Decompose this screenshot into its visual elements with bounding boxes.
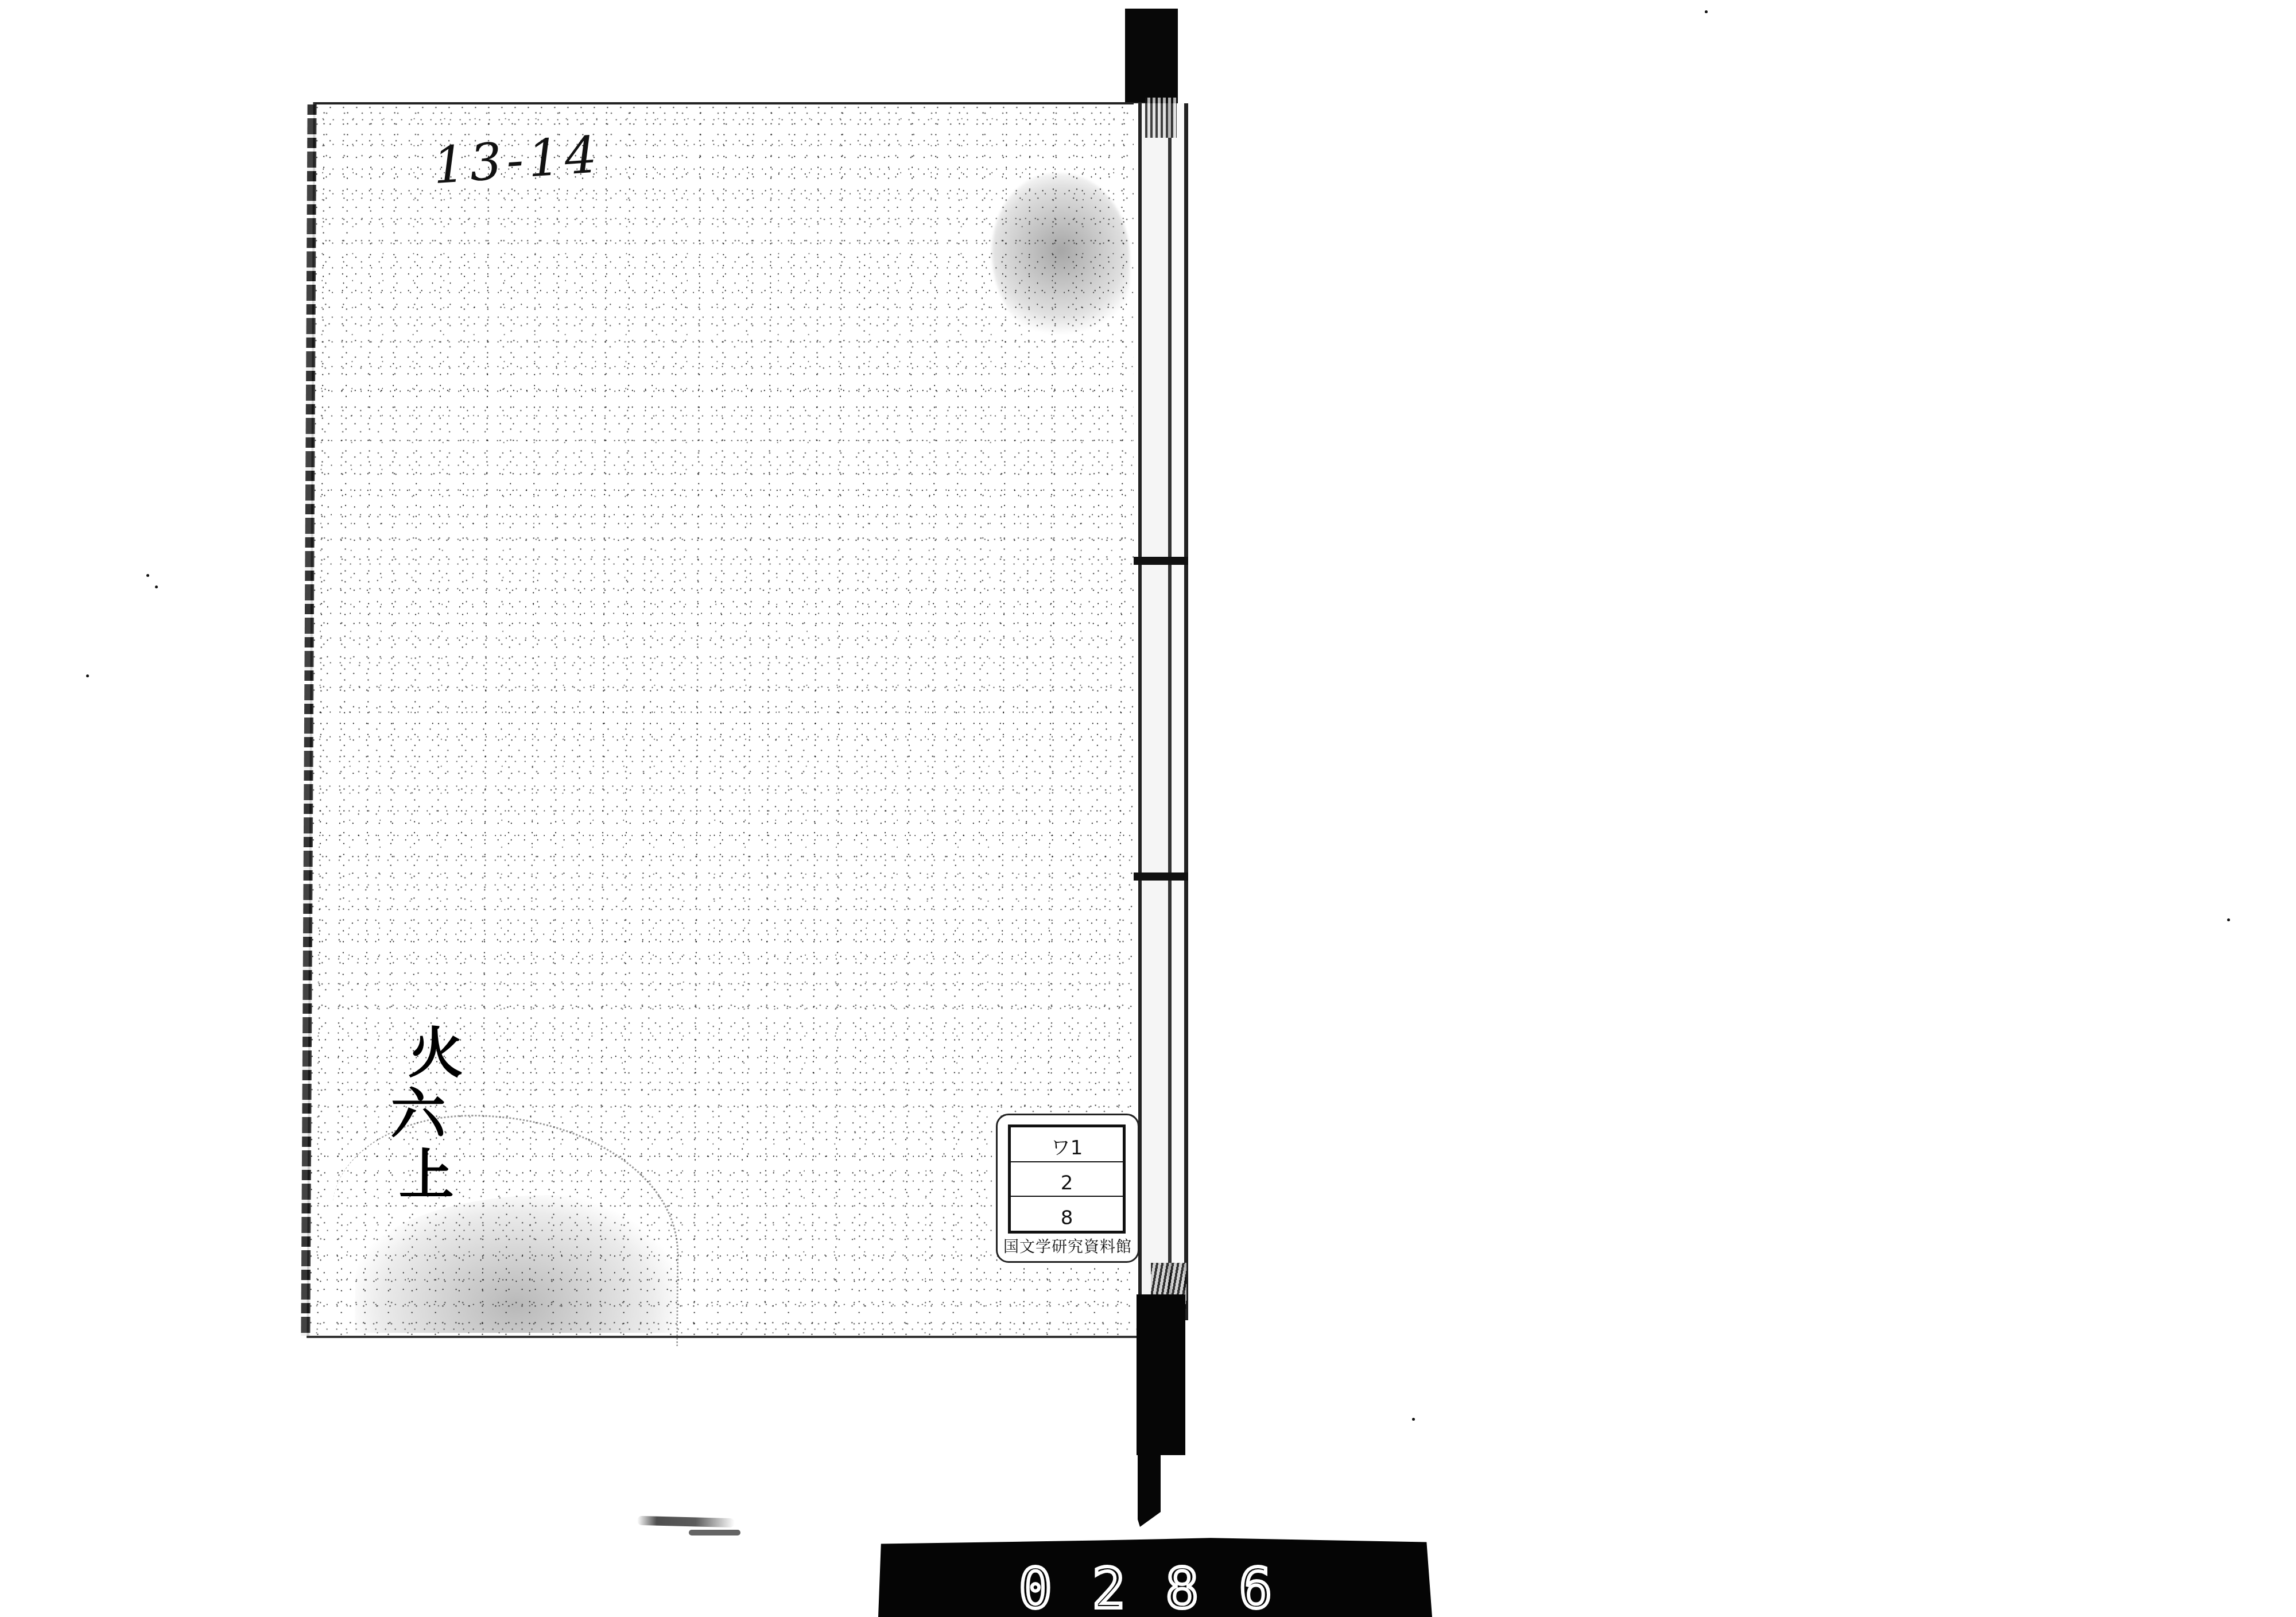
handwritten-shelf-number: 13-14 xyxy=(431,125,603,195)
paper-tear-line xyxy=(332,1115,679,1346)
scan-speck xyxy=(146,574,149,577)
frame-digit: 6 xyxy=(1239,1561,1272,1616)
scan-speck xyxy=(155,585,158,588)
scan-speck xyxy=(1705,10,1708,13)
library-call-number-label: ワ1 2 8 国文学研究資料館 xyxy=(996,1114,1139,1263)
handwritten-title: 火 六 上 xyxy=(385,1023,464,1205)
spine-top-corner xyxy=(1145,98,1177,138)
spine-bottom-shadow xyxy=(1137,1294,1185,1455)
spine-tail-shadow xyxy=(1138,1452,1161,1527)
frame-digit: 2 xyxy=(1092,1561,1126,1616)
call-number-row-3: 8 xyxy=(1011,1197,1123,1231)
call-number-grid: ワ1 2 8 xyxy=(1008,1124,1126,1234)
frame-number: 0 2 8 6 xyxy=(1019,1561,1272,1616)
frame-digit: 0 xyxy=(1019,1561,1052,1616)
spine-top-shadow xyxy=(1125,9,1178,112)
binding-stitch xyxy=(1134,557,1188,565)
scan-speck xyxy=(2227,918,2230,921)
scan-speck xyxy=(86,674,89,677)
title-char-2: 六 xyxy=(390,1084,446,1145)
institution-name: 国文学研究資料館 xyxy=(1002,1234,1133,1257)
scan-speck xyxy=(1412,1418,1415,1421)
call-number-row-1: ワ1 xyxy=(1011,1127,1123,1162)
title-char-3: 上 xyxy=(399,1145,455,1205)
frame-digit: 8 xyxy=(1166,1561,1199,1616)
cover-left-edge xyxy=(301,104,316,1336)
microfilm-frame-counter: 0 2 8 6 xyxy=(878,1534,1432,1617)
title-char-1: 火 xyxy=(408,1023,464,1084)
call-number-row-2: 2 xyxy=(1011,1162,1123,1197)
stain-top-right xyxy=(991,173,1130,346)
binding-stitch xyxy=(1134,873,1188,881)
ink-smudge xyxy=(637,1516,735,1527)
book-spine xyxy=(1134,103,1188,1320)
ink-smudge xyxy=(689,1530,740,1535)
